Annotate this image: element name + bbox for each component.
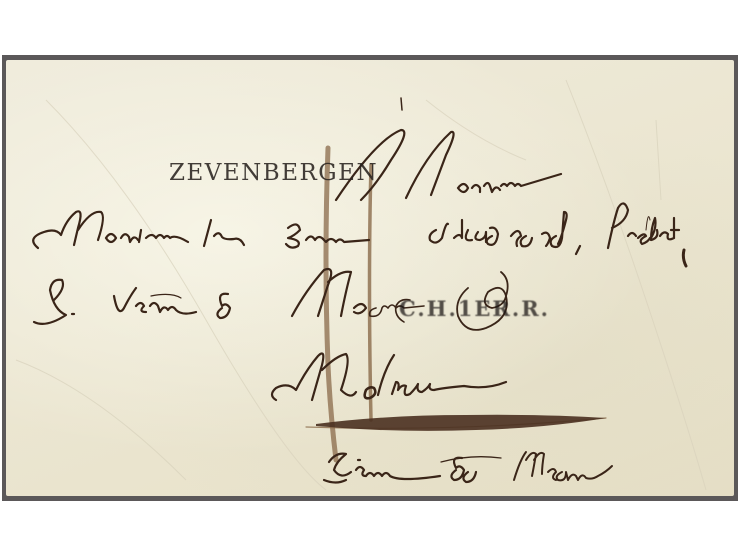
manuscript-tax-mark xyxy=(306,98,606,460)
charge-handstamp: C.H.1ER.R. xyxy=(399,296,550,321)
cover-markings xyxy=(6,60,734,496)
town-handstamp: ZEVENBERGEN xyxy=(169,160,378,186)
underline-stroke xyxy=(316,415,606,431)
photo-frame: ZEVENBERGEN C.H.1ER.R. Monsieur Monsieur… xyxy=(2,55,738,501)
postal-cover: ZEVENBERGEN C.H.1ER.R. Monsieur Monsieur… xyxy=(6,60,734,496)
